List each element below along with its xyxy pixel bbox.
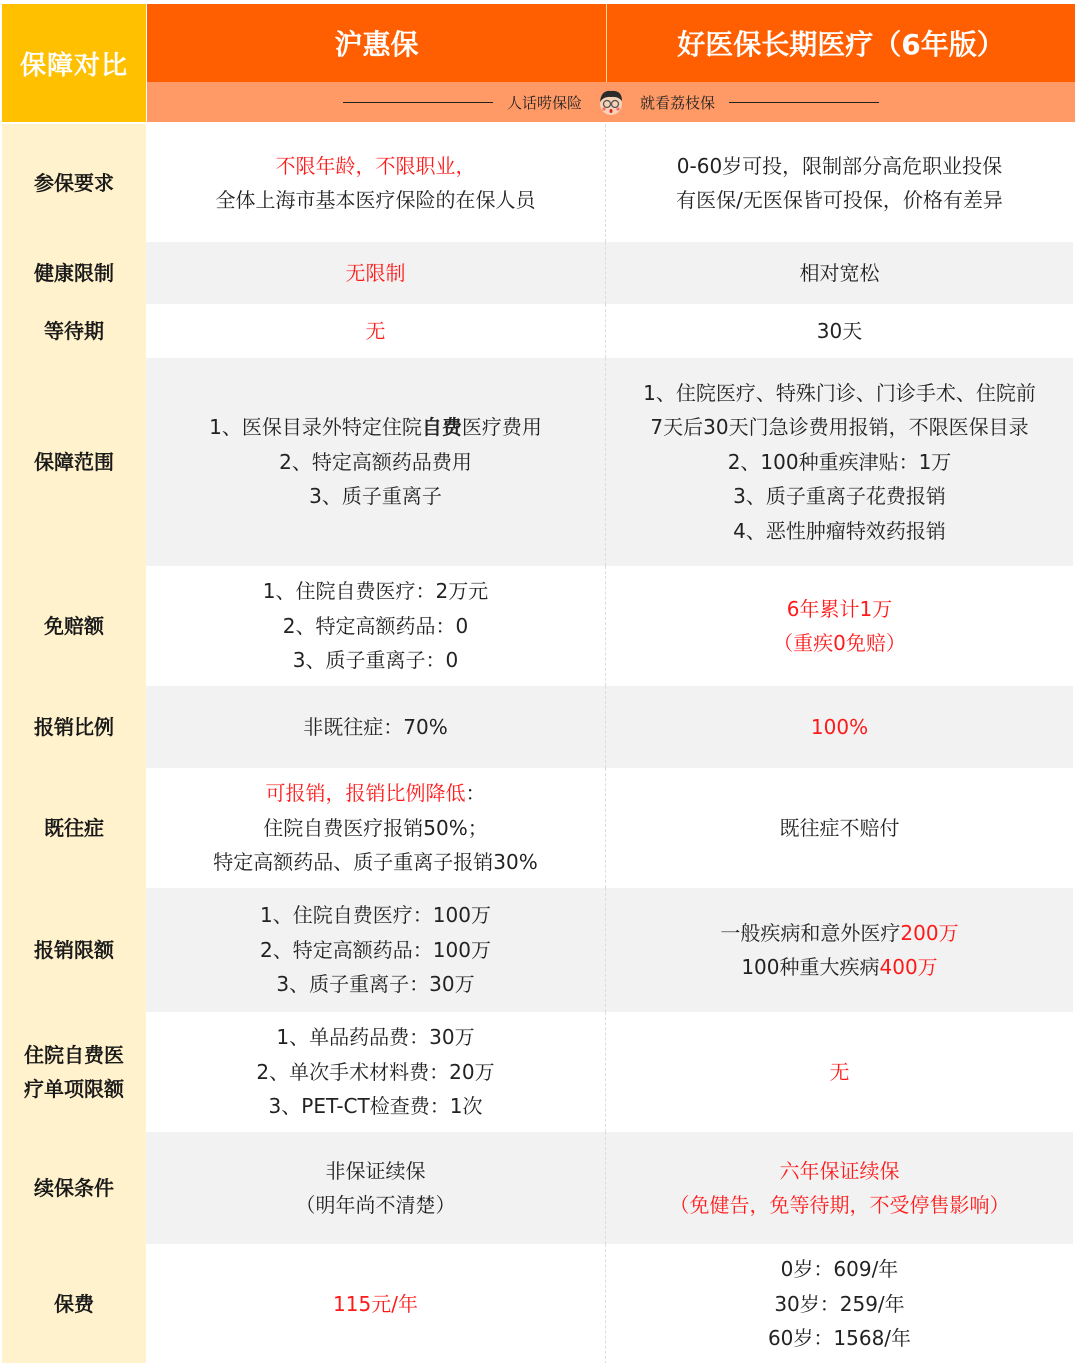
- table-row: 免赔额1、住院自费医疗：2万元2、特定高额药品：03、质子重离子：06年累计1万…: [0, 566, 1080, 686]
- cell-haoyibao: 一般疾病和意外医疗200万100种重大疾病400万: [606, 888, 1073, 1012]
- table-row: 等待期无30天: [0, 304, 1080, 358]
- cell-line: 相对宽松: [800, 256, 880, 291]
- divider-line-right: [729, 102, 879, 103]
- divider-line-left: [343, 102, 493, 103]
- cell-line: 既往症不赔付: [780, 811, 900, 846]
- row-label: 报销比例: [2, 686, 146, 768]
- cell-line: 3、质子重离子：0: [293, 643, 458, 678]
- cell-line: 特定高额药品、质子重离子报销30%: [213, 845, 537, 880]
- corner-label: 保障对比: [2, 4, 146, 122]
- text-segment: 一般疾病和意外医疗: [720, 921, 900, 945]
- row-label: 健康限制: [2, 242, 146, 304]
- cell-line: 2、特定高额药品费用: [279, 445, 472, 480]
- cell-line: 100%: [811, 710, 868, 745]
- cell-line: 3、PET-CT检查费：1次: [269, 1089, 483, 1124]
- row-label: 既往症: [2, 768, 146, 888]
- cell-line: 3、质子重离子: [309, 479, 442, 514]
- product-header-row: 沪惠保 好医保长期医疗（6年版）: [147, 4, 1075, 82]
- cell-haoyibao: 既往症不赔付: [606, 768, 1073, 888]
- cell-line: （重疾0免赔）: [773, 626, 906, 661]
- cell-line: 1、住院自费医疗：100万: [260, 898, 491, 933]
- cell-huhuibao: 115元/年: [146, 1244, 606, 1363]
- cell-haoyibao: 1、住院医疗、特殊门诊、门诊手术、住院前7天后30天门急诊费用报销，不限医保目录…: [606, 358, 1073, 566]
- cell-haoyibao: 六年保证续保（免健告，免等待期，不受停售影响）: [606, 1132, 1073, 1244]
- text-segment: 1、医保目录外特定住院: [209, 415, 422, 439]
- row-label: 保费: [2, 1244, 146, 1363]
- cell-line: 1、住院自费医疗：2万元: [263, 574, 488, 609]
- table-row: 参保要求不限年龄，不限职业，全体上海市基本医疗保险的在保人员0-60岁可投，限制…: [0, 124, 1080, 242]
- cell-line: （明年尚不清楚）: [296, 1188, 456, 1223]
- cell-haoyibao: 相对宽松: [606, 242, 1073, 304]
- cell-line: 有医保/无医保皆可投保，价格有差异: [676, 183, 1003, 218]
- cell-line: 30岁：259/年: [774, 1287, 904, 1322]
- cell-line: 0岁：609/年: [781, 1252, 899, 1287]
- table-row: 既往症可报销，报销比例降低：住院自费医疗报销50%；特定高额药品、质子重离子报销…: [0, 768, 1080, 888]
- highlight-segment: 400万: [880, 955, 938, 979]
- band-text-right: 就看荔枝保: [640, 92, 715, 113]
- cell-huhuibao: 非既往症：70%: [146, 686, 606, 768]
- text-segment: ：: [466, 781, 486, 805]
- cell-huhuibao: 1、住院自费医疗：100万2、特定高额药品：100万3、质子重离子：30万: [146, 888, 606, 1012]
- text-segment: 100种重大疾病: [741, 955, 879, 979]
- cell-line: 非保证续保: [326, 1154, 426, 1189]
- cell-haoyibao: 30天: [606, 304, 1073, 358]
- comparison-table: 保障对比 沪惠保 好医保长期医疗（6年版） 人话唠保险 就看荔枝保: [0, 0, 1080, 1363]
- cell-line: 2、单次手术材料费：20万: [256, 1055, 494, 1090]
- cell-haoyibao: 无: [606, 1012, 1073, 1132]
- cartoon-face-icon: [596, 87, 626, 117]
- cell-line: 0-60岁可投，限制部分高危职业投保: [677, 149, 1002, 184]
- cell-huhuibao: 无限制: [146, 242, 606, 304]
- highlight-segment: 200万: [900, 921, 958, 945]
- cell-huhuibao: 1、住院自费医疗：2万元2、特定高额药品：03、质子重离子：0: [146, 566, 606, 686]
- cell-line: 无: [366, 314, 386, 349]
- cell-line: 无: [830, 1055, 850, 1090]
- table-row: 报销限额1、住院自费医疗：100万2、特定高额药品：100万3、质子重离子：30…: [0, 888, 1080, 1012]
- cell-line: 2、特定高额药品：100万: [260, 933, 491, 968]
- cell-line: 115元/年: [333, 1287, 418, 1322]
- cell-line: 住院自费医疗报销50%；: [263, 811, 487, 846]
- cell-line: 可报销，报销比例降低：: [266, 776, 486, 811]
- cell-line: 100种重大疾病400万: [741, 950, 937, 985]
- row-label: 免赔额: [2, 566, 146, 686]
- cell-line: （免健告，免等待期，不受停售影响）: [670, 1188, 1010, 1223]
- cell-huhuibao: 非保证续保（明年尚不清楚）: [146, 1132, 606, 1244]
- cell-line: 1、单品药品费：30万: [276, 1020, 474, 1055]
- table-row: 续保条件非保证续保（明年尚不清楚）六年保证续保（免健告，免等待期，不受停售影响）: [0, 1132, 1080, 1244]
- product2-title: 好医保长期医疗（6年版）: [607, 4, 1075, 82]
- table-row: 保费115元/年0岁：609/年30岁：259/年60岁：1568/年: [0, 1244, 1080, 1363]
- cell-huhuibao: 1、医保目录外特定住院自费医疗费用2、特定高额药品费用3、质子重离子: [146, 358, 606, 566]
- cell-huhuibao: 无: [146, 304, 606, 358]
- cell-line: 无限制: [346, 256, 406, 291]
- cell-huhuibao: 不限年龄，不限职业，全体上海市基本医疗保险的在保人员: [146, 124, 606, 242]
- cell-line: 不限年龄，不限职业，: [276, 149, 476, 184]
- highlight-segment: 可报销，报销比例降低: [266, 781, 466, 805]
- cell-line: 2、特定高额药品：0: [283, 609, 468, 644]
- row-label: 报销限额: [2, 888, 146, 1012]
- cell-line: 2、100种重疾津贴：1万: [728, 445, 952, 480]
- cell-line: 全体上海市基本医疗保险的在保人员: [216, 183, 536, 218]
- row-label-line: 疗单项限额: [24, 1072, 124, 1106]
- cell-huhuibao: 可报销，报销比例降低：住院自费医疗报销50%；特定高额药品、质子重离子报销30%: [146, 768, 606, 888]
- watermark-band: 人话唠保险 就看荔枝保: [147, 82, 1075, 122]
- row-label-line: 住院自费医: [24, 1038, 124, 1072]
- table-row: 住院自费医疗单项限额1、单品药品费：30万2、单次手术材料费：20万3、PET-…: [0, 1012, 1080, 1132]
- table-row: 健康限制无限制相对宽松: [0, 242, 1080, 304]
- table-row: 报销比例非既往症：70%100%: [0, 686, 1080, 768]
- row-label: 等待期: [2, 304, 146, 358]
- cell-line: 60岁：1568/年: [768, 1321, 911, 1356]
- table-row: 保障范围1、医保目录外特定住院自费医疗费用2、特定高额药品费用3、质子重离子1、…: [0, 358, 1080, 566]
- cell-haoyibao: 0-60岁可投，限制部分高危职业投保有医保/无医保皆可投保，价格有差异: [606, 124, 1073, 242]
- cell-line: 3、质子重离子：30万: [276, 967, 474, 1002]
- cell-huhuibao: 1、单品药品费：30万2、单次手术材料费：20万3、PET-CT检查费：1次: [146, 1012, 606, 1132]
- row-label: 参保要求: [2, 124, 146, 242]
- cell-line: 7天后30天门急诊费用报销，不限医保目录: [650, 410, 1028, 445]
- row-label: 续保条件: [2, 1132, 146, 1244]
- cell-line: 1、医保目录外特定住院自费医疗费用: [209, 410, 542, 445]
- cell-haoyibao: 6年累计1万（重疾0免赔）: [606, 566, 1073, 686]
- text-segment: 医疗费用: [462, 415, 542, 439]
- table-body: 参保要求不限年龄，不限职业，全体上海市基本医疗保险的在保人员0-60岁可投，限制…: [0, 124, 1080, 1363]
- cell-line: 30天: [817, 314, 862, 349]
- cell-line: 一般疾病和意外医疗200万: [720, 916, 958, 951]
- cell-haoyibao: 0岁：609/年30岁：259/年60岁：1568/年: [606, 1244, 1073, 1363]
- cell-line: 4、恶性肿瘤特效药报销: [733, 514, 946, 549]
- band-text-left: 人话唠保险: [507, 92, 582, 113]
- product1-title: 沪惠保: [147, 4, 607, 82]
- bold-segment: 自费: [422, 415, 462, 439]
- cell-line: 1、住院医疗、特殊门诊、门诊手术、住院前: [643, 376, 1036, 411]
- row-label: 住院自费医疗单项限额: [2, 1012, 146, 1132]
- cell-haoyibao: 100%: [606, 686, 1073, 768]
- cell-line: 3、质子重离子花费报销: [733, 479, 946, 514]
- table-header: 保障对比 沪惠保 好医保长期医疗（6年版） 人话唠保险 就看荔枝保: [0, 0, 1080, 124]
- row-label: 保障范围: [2, 358, 146, 566]
- cell-line: 非既往症：70%: [303, 710, 447, 745]
- cell-line: 六年保证续保: [780, 1154, 900, 1189]
- cell-line: 6年累计1万: [787, 592, 892, 627]
